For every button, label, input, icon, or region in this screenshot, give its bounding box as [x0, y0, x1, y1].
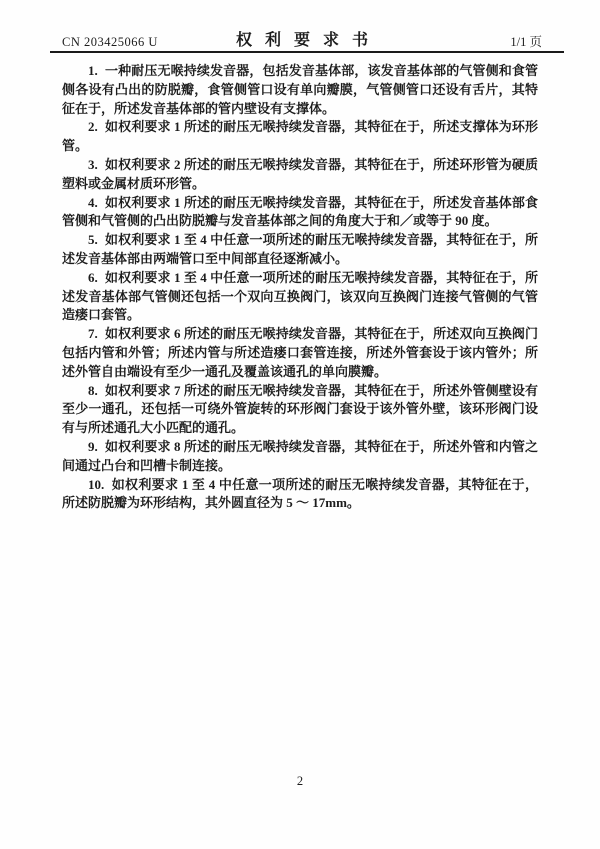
claim-text: 一种耐压无喉持续发音器，包括发音基体部，该发音基体部的气管侧和食管侧各设有凸出的… — [62, 63, 538, 116]
claim-number: 6. — [88, 270, 98, 285]
claim-number: 2. — [88, 119, 98, 134]
claim-text: 如权利要求 1 至 4 中任意一项所述的耐压无喉持续发音器，其特征在于，所述发音… — [62, 270, 538, 323]
document-number: CN 203425066 U — [62, 35, 158, 50]
claim-number: 7. — [88, 326, 98, 341]
header-divider — [50, 51, 564, 53]
claim-number: 5. — [88, 232, 98, 247]
claim-6: 6.如权利要求 1 至 4 中任意一项所述的耐压无喉持续发音器，其特征在于，所述… — [62, 269, 538, 325]
claim-9: 9.如权利要求 8 所述的耐压无喉持续发音器，其特征在于，所述外管和内管之间通过… — [62, 438, 538, 476]
claim-text: 如权利要求 2 所述的耐压无喉持续发音器，其特征在于，所述环形管为硬质塑料或金属… — [62, 157, 538, 191]
claim-number: 4. — [88, 195, 98, 210]
claim-2: 2.如权利要求 1 所述的耐压无喉持续发音器，其特征在于，所述支撑体为环形管。 — [62, 118, 538, 156]
claim-number: 8. — [88, 383, 98, 398]
claim-text: 如权利要求 1 所述的耐压无喉持续发音器，其特征在于，所述发音基体部食管侧和气管… — [62, 195, 538, 229]
patent-claims-page: CN 203425066 U 权利要求书 1/1 页 1.一种耐压无喉持续发音器… — [0, 0, 600, 849]
claim-text: 如权利要求 7 所述的耐压无喉持续发音器，其特征在于，所述外管侧壁设有至少一通孔… — [62, 383, 538, 436]
claim-text: 如权利要求 8 所述的耐压无喉持续发音器，其特征在于，所述外管和内管之间通过凸台… — [62, 439, 538, 473]
claim-text: 如权利要求 6 所述的耐压无喉持续发音器，其特征在于，所述双向互换阀门包括内管和… — [62, 326, 538, 379]
claim-text: 如权利要求 1 所述的耐压无喉持续发音器，其特征在于，所述支撑体为环形管。 — [62, 119, 538, 153]
claims-body: 1.一种耐压无喉持续发音器，包括发音基体部，该发音基体部的气管侧和食管侧各设有凸… — [62, 62, 538, 513]
claim-4: 4.如权利要求 1 所述的耐压无喉持续发音器，其特征在于，所述发音基体部食管侧和… — [62, 194, 538, 232]
claim-5: 5.如权利要求 1 至 4 中任意一项所述的耐压无喉持续发音器，其特征在于，所述… — [62, 231, 538, 269]
claim-number: 3. — [88, 157, 98, 172]
claim-3: 3.如权利要求 2 所述的耐压无喉持续发音器，其特征在于，所述环形管为硬质塑料或… — [62, 156, 538, 194]
claim-7: 7.如权利要求 6 所述的耐压无喉持续发音器，其特征在于，所述双向互换阀门包括内… — [62, 325, 538, 381]
page-header: CN 203425066 U 权利要求书 1/1 页 — [62, 30, 542, 50]
claim-text: 如权利要求 1 至 4 中任意一项所述的耐压无喉持续发音器，其特征在于，所述防脱… — [62, 477, 538, 511]
claim-1: 1.一种耐压无喉持续发音器，包括发音基体部，该发音基体部的气管侧和食管侧各设有凸… — [62, 62, 538, 118]
page-footer: 2 — [0, 774, 600, 789]
claim-number: 1. — [88, 63, 98, 78]
claim-number: 10. — [88, 477, 104, 492]
footer-page-number: 2 — [297, 774, 303, 788]
claim-8: 8.如权利要求 7 所述的耐压无喉持续发音器，其特征在于，所述外管侧壁设有至少一… — [62, 382, 538, 438]
claim-text: 如权利要求 1 至 4 中任意一项所述的耐压无喉持续发音器，其特征在于，所述发音… — [62, 232, 538, 266]
claim-number: 9. — [88, 439, 98, 454]
claim-10: 10.如权利要求 1 至 4 中任意一项所述的耐压无喉持续发音器，其特征在于，所… — [62, 476, 538, 514]
page-indicator: 1/1 页 — [510, 32, 542, 50]
